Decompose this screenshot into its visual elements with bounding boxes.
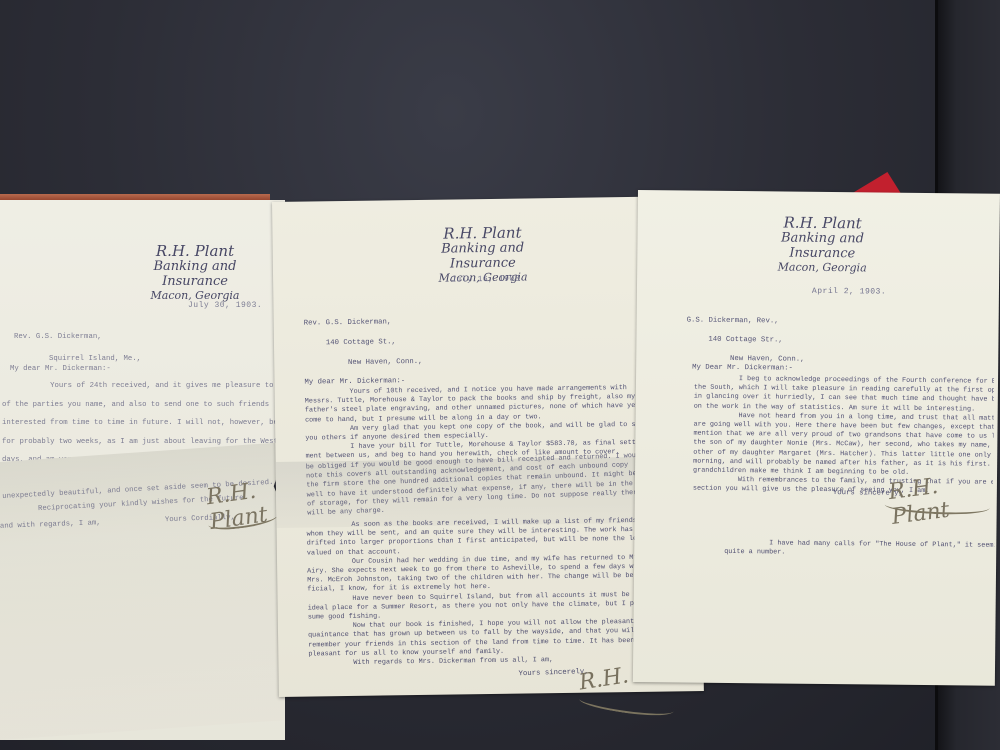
letter-date: July 16, 1903. [451, 274, 525, 284]
postscript: I have had many calls for "The House of … [724, 539, 994, 560]
letterhead: R.H. Plant Banking and Insurance Macon, … [752, 214, 893, 275]
letter-date: April 2, 1903. [812, 287, 886, 297]
letter-date: July 30, 1903. [188, 301, 262, 310]
letterhead-business: Banking and Insurance [120, 260, 270, 290]
recipient-address: Rev. G.S. Dickerman, Squirrel Island, Me… [14, 332, 141, 365]
letter-april-2: R.H. Plant Banking and Insurance Macon, … [633, 190, 1000, 686]
salutation: My Dear Mr. Dickerman:- [692, 363, 793, 375]
letterhead-name: R.H. Plant [120, 243, 270, 260]
letter-july-30: R.H. Plant Banking and Insurance Macon, … [0, 200, 285, 740]
letterhead: R.H. Plant Banking and Insurance Macon, … [120, 243, 270, 303]
recipient-address: G.S. Dickerman, Rev., 140 Cottage Str., … [686, 317, 805, 366]
recipient-address: Rev. G.S. Dickerman, 140 Cottage St., Ne… [304, 317, 423, 369]
salutation: My dear Mr. Dickerman:- [10, 364, 111, 375]
letter-body: Yours of 10th received, and I notice you… [305, 384, 649, 462]
letter-body-continued: As soon as the books are received, I wil… [306, 517, 651, 669]
letterhead-business: Banking and Insurance [408, 241, 558, 273]
letterhead-name: R.H. Plant [753, 214, 893, 233]
letterhead-business: Banking and Insurance [752, 231, 892, 262]
letterhead-location: Macon, Georgia [752, 261, 892, 275]
